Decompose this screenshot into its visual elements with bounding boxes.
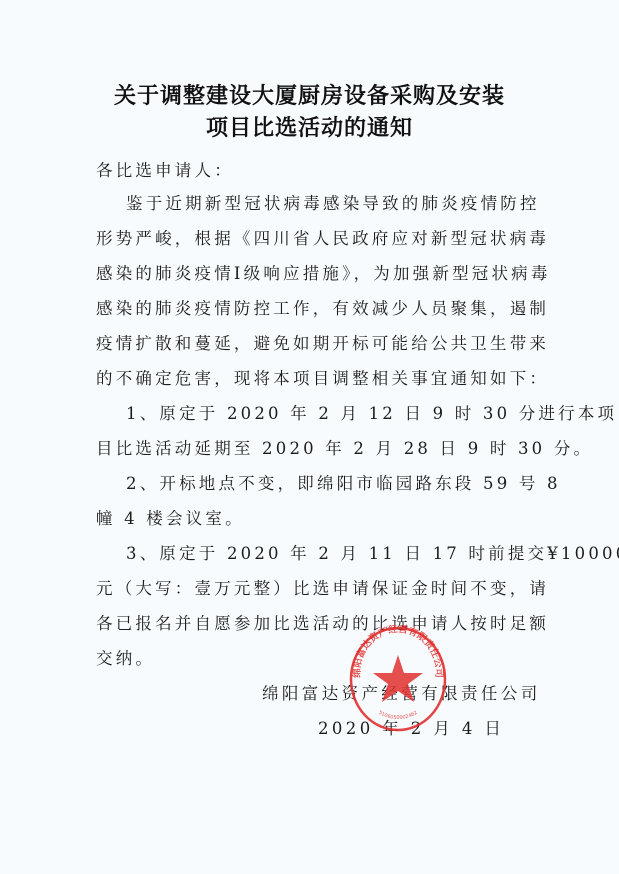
item-2-line: 2、开标地点不变，即绵阳市临园路东段 59 号 8 [126,470,566,494]
body-line: 疫情扩散和蔓延，避免如期开标可能给公共卫生带来 [96,330,536,354]
official-seal-icon: 绵阳富达资产经营有限责任公司 5106050002462 [348,625,448,733]
item-3-line: 各已报名并自愿参加比选活动的比选申请人按时足额 [96,610,536,634]
body-line: 的不确定危害，现将本项目调整相关事宜通知如下： [96,365,536,389]
body-line: 鉴于近期新型冠状病毒感染导致的肺炎疫情防控 [126,190,566,214]
document-title-line2: 项目比选活动的通知 [0,111,619,142]
item-3-line: 交纳。 [96,645,536,669]
svg-text:5106050002462: 5106050002462 [377,710,418,721]
salutation: 各比选申请人： [96,157,536,181]
body-line: 感染的肺炎疫情Ⅰ级响应措施》，为加强新型冠状病毒 [96,260,536,284]
body-line: 感染的肺炎疫情防控工作，有效减少人员聚集，遏制 [96,295,536,319]
item-3-line: 元（大写：壹万元整）比选申请保证金时间不变，请 [96,575,536,599]
item-3-line: 3、原定于 2020 年 2 月 11 日 17 时前提交¥10000 [126,540,566,564]
document-title-line1: 关于调整建设大厦厨房设备采购及安装 [0,79,619,110]
body-line: 形势严峻，根据《四川省人民政府应对新型冠状病毒 [96,225,536,249]
item-1-line: 目比选活动延期至 2020 年 2 月 28 日 9 时 30 分。 [96,435,536,459]
item-2-line: 幢 4 楼会议室。 [96,505,536,529]
item-1-line: 1、原定于 2020 年 2 月 12 日 9 时 30 分进行本项 [126,400,566,424]
document-page: 关于调整建设大厦厨房设备采购及安装 项目比选活动的通知 各比选申请人： 鉴于近期… [0,0,619,874]
